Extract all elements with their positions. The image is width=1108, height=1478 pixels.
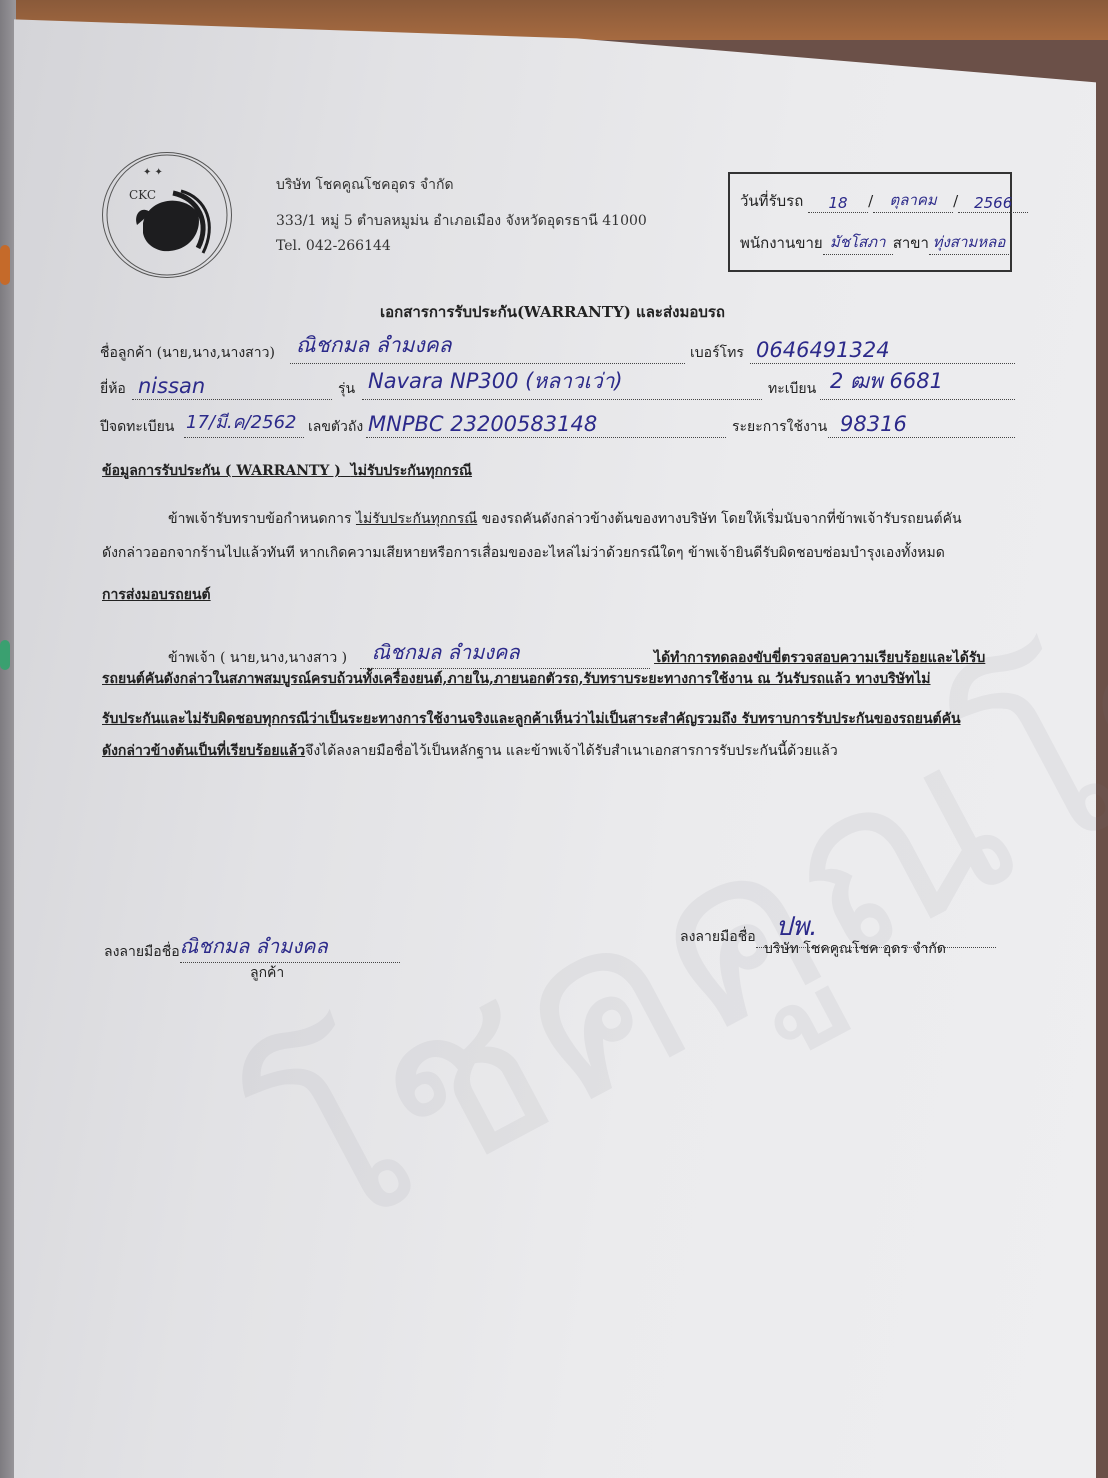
plate-field[interactable]: 2 ฒพ 6681 <box>830 365 943 398</box>
company-role: บริษัท โชคคูณโชค อุดร จำกัด <box>764 938 946 960</box>
warranty-text-line2: ดังกล่าวออกจากร้านไปแล้วทันที หากเกิดควา… <box>102 542 1022 564</box>
customer-line <box>290 363 685 364</box>
reg-year-field[interactable]: 17/มี.ค/2562 <box>186 407 296 436</box>
brand-field[interactable]: nissan <box>138 374 205 398</box>
company-logo: CKC ✦ ✦ <box>102 152 232 278</box>
customer-signature-label: ลงลายมือชื่อ <box>104 944 180 960</box>
receive-date-month[interactable]: ตุลาคม <box>873 188 953 213</box>
chassis-label: เลขตัวถัง <box>308 416 363 438</box>
backdrop-object <box>0 640 10 670</box>
receive-date-day[interactable]: 18 <box>808 194 868 213</box>
delivery-customer-name-field[interactable]: ณิชกมล ลำมงคล <box>360 636 650 669</box>
backdrop-edge <box>0 0 16 1478</box>
delivery-heading: การส่งมอบรถยนต์ <box>102 584 211 606</box>
company-name: บริษัท โชคคูณโชคอุดร จำกัด <box>276 174 454 196</box>
branch-field[interactable]: ทุ่งสามหลอ <box>929 230 1009 255</box>
receive-date-label: วันที่รับรถ <box>740 192 803 210</box>
plate-line <box>820 399 1015 400</box>
warranty-status: ไม่รับประกันทุกกรณี <box>351 463 472 479</box>
company-tel: Tel. 042-266144 <box>276 238 391 254</box>
reg-year-line <box>184 437 304 438</box>
svg-text:CKC: CKC <box>129 188 156 202</box>
phone-field[interactable]: 0646491324 <box>756 338 890 362</box>
delivery-text-line3: รับประกันและไม่รับผิดชอบทุกกรณีว่าเป็นระ… <box>102 708 1022 730</box>
customer-row: ชื่อลูกค้า (นาย,นาง,นางสาว) ณิชกมล ลำมงค… <box>100 338 1015 368</box>
reg-year-label: ปีจดทะเบียน <box>100 416 174 438</box>
receipt-info-box: วันที่รับรถ 18/ตุลาคม/2566 พนักงานขายมัช… <box>728 172 1012 272</box>
sales-row: พนักงานขายมัชโสภาสาขาทุ่งสามหลอ <box>740 230 1009 255</box>
model-label: รุ่น <box>338 378 355 400</box>
document-title: เอกสารการรับประกัน(WARRANTY) และส่งมอบรถ <box>380 300 725 324</box>
model-field[interactable]: Navara NP300 (หลาวเว่า) <box>368 365 623 398</box>
customer-signature-block: ลงลายมือชื่อณิชกมล ลำมงคล <box>104 930 400 963</box>
mileage-line <box>828 437 1015 438</box>
receive-date-year[interactable]: 2566 <box>958 194 1028 213</box>
chassis-line <box>366 437 726 438</box>
customer-role: ลูกค้า <box>250 962 284 984</box>
backdrop-object <box>0 245 10 285</box>
company-signature-label: ลงลายมือชื่อ <box>680 929 756 945</box>
warranty-heading: ข้อมูลการรับประกัน ( WARRANTY ) ไม่รับปร… <box>102 460 472 482</box>
customer-signature-field[interactable]: ณิชกมล ลำมงคล <box>180 930 400 963</box>
sales-field[interactable]: มัชโสภา <box>823 230 893 255</box>
sales-label: พนักงานขาย <box>740 234 823 252</box>
chassis-field[interactable]: MNPBC 23200583148 <box>368 412 597 436</box>
delivery-text-line4: ดังกล่าวข้างต้นเป็นที่เรียบร้อยแล้วจึงได… <box>102 740 1022 762</box>
vehicle-row: ยี่ห้อ nissan รุ่น Navara NP300 (หลาวเว่… <box>100 374 1015 404</box>
brand-line <box>132 399 332 400</box>
delivery-text-line2: รถยนต์คันดังกล่าวในสภาพสมบูรณ์ครบถ้วนทั้… <box>102 668 1022 690</box>
horse-emblem-icon: CKC ✦ ✦ <box>103 153 231 277</box>
warranty-text-line1: ข้าพเจ้ารับทราบข้อกำหนดการ ไม่รับประกันท… <box>168 508 1088 530</box>
brand-label: ยี่ห้อ <box>100 378 126 400</box>
company-address: 333/1 หมู่ 5 ตำบลหมูม่น อำเภอเมือง จังหว… <box>276 210 647 232</box>
phone-line <box>750 363 1015 364</box>
branch-label: สาขา <box>893 234 929 252</box>
mileage-field[interactable]: 98316 <box>840 412 907 436</box>
customer-label: ชื่อลูกค้า (นาย,นาง,นางสาว) <box>100 342 275 364</box>
plate-label: ทะเบียน <box>768 378 816 400</box>
mileage-label: ระยะการใช้งาน <box>732 416 827 438</box>
phone-label: เบอร์โทร <box>690 342 744 364</box>
model-line <box>362 399 762 400</box>
customer-name-field[interactable]: ณิชกมล ลำมงคล <box>296 329 452 362</box>
svg-text:✦ ✦: ✦ ✦ <box>143 167 163 178</box>
registration-row: ปีจดทะเบียน 17/มี.ค/2562 เลขตัวถัง MNPBC… <box>100 412 1015 442</box>
delivery-text-line1: ข้าพเจ้า ( นาย,นาง,นางสาว ) ณิชกมล ลำมงค… <box>168 636 1018 669</box>
receive-date-row: วันที่รับรถ 18/ตุลาคม/2566 <box>740 188 1028 213</box>
